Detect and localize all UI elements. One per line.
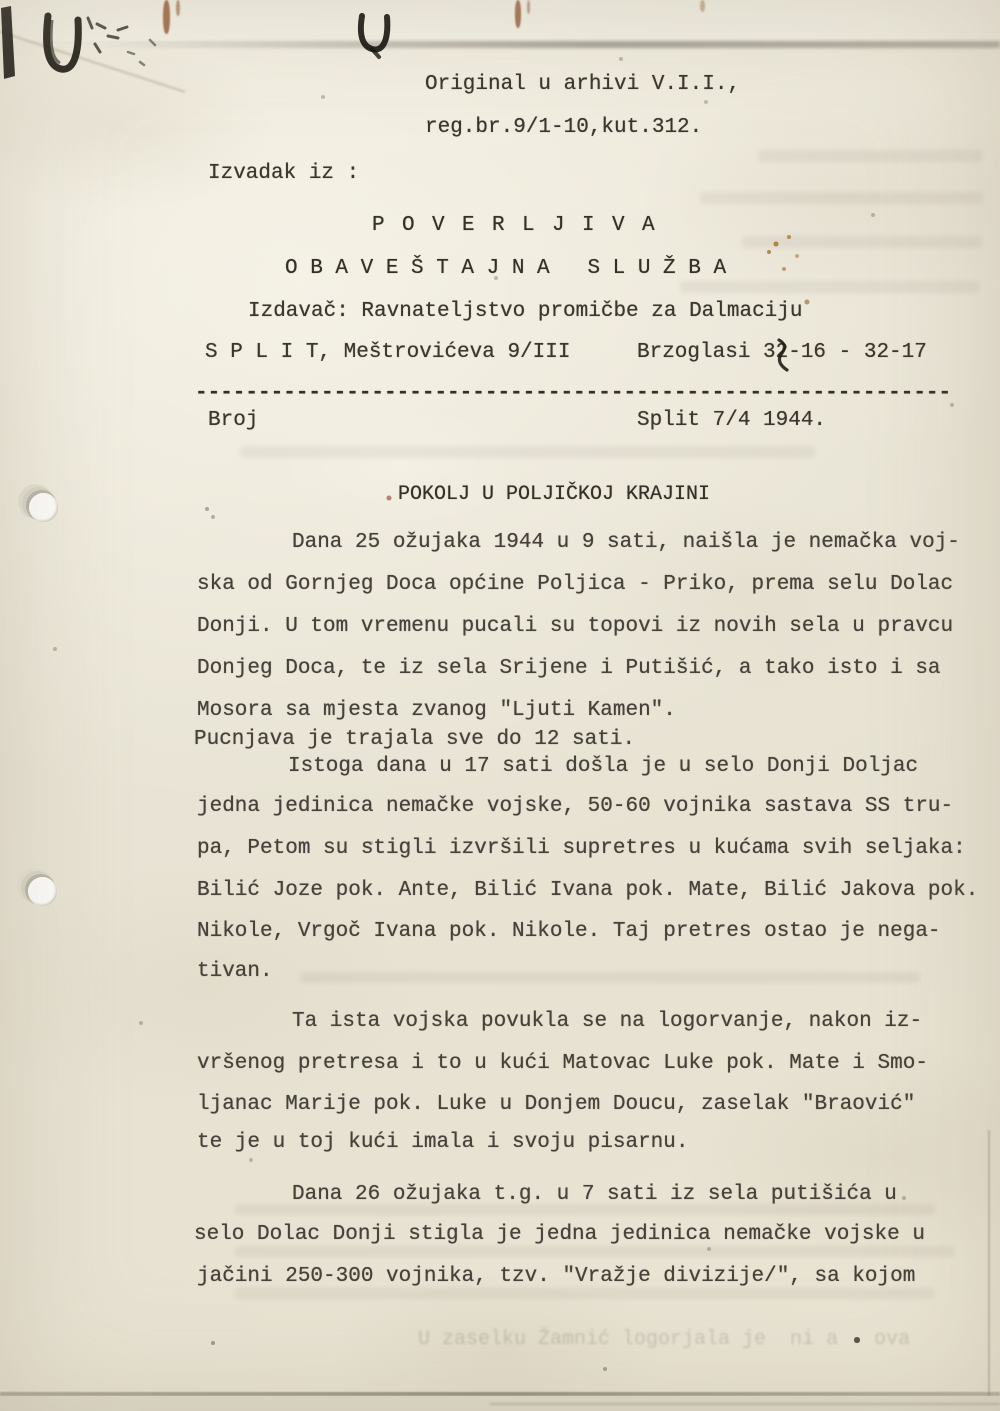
masthead-line2: O B A V E Š T A J N A S L U Ž B A: [285, 256, 726, 281]
rust-stain: [163, 0, 170, 34]
body-line: Pucnjava je trajala sve do 12 sati.: [194, 727, 635, 752]
body-line: tivan.: [197, 959, 273, 984]
rust-stain: [515, 0, 521, 28]
body-line: Ta ista vojska povukla se na logorvanje,…: [292, 1009, 922, 1034]
punch-hole-top: [29, 493, 58, 522]
body-line: Istoga dana u 17 sati došla je u selo Do…: [288, 754, 918, 779]
bleed-through-smudge: [235, 1288, 935, 1299]
archive-note-line1: Original u arhivi V.I.I.,: [425, 72, 740, 97]
bleed-through-smudge: [235, 1246, 955, 1257]
phones-line: Brzoglasi 32-16 - 32-17: [637, 340, 927, 365]
divider-line: ----------------------------------------…: [195, 381, 951, 406]
bleed-through-smudge: [742, 236, 982, 248]
number-label: Broj: [208, 408, 258, 433]
punch-hole-bottom: [28, 877, 57, 906]
publisher-line: Izdavač: Ravnateljstvo promičbe za Dalma…: [248, 299, 803, 324]
body-line: Dana 26 ožujaka t.g. u 7 sati iz sela pu…: [292, 1182, 897, 1207]
body-line: Nikole, Vrgoč Ivana pok. Nikole. Taj pre…: [197, 919, 941, 944]
article-title: POKOLJ U POLJIČKOJ KRAJINI: [398, 482, 710, 507]
bleed-through-smudge: [758, 150, 983, 162]
masthead-line1: P O V E R L J I V A: [372, 213, 657, 238]
bleed-through-smudge: [240, 446, 815, 458]
body-line: Donjeg Doca, te iz sela Srijene i Putiši…: [197, 656, 941, 681]
body-line: te je u toj kući imala i svoju pisarnu.: [197, 1130, 688, 1155]
rust-stain: [527, 0, 530, 14]
bleed-through-smudge: [700, 192, 983, 204]
body-line: Bilić Joze pok. Ante, Bilić Ivana pok. M…: [197, 878, 978, 903]
bottom-edge-crease: [490, 1403, 1000, 1405]
body-line: ska od Gornjeg Doca općine Poljica - Pri…: [197, 572, 953, 597]
body-line: Mosora sa mjesta zvanog "Ljuti Kamen".: [197, 698, 676, 723]
dateline: Split 7/4 1944.: [637, 408, 826, 433]
body-line: vršenog pretresa i to u kući Matovac Luk…: [197, 1051, 928, 1076]
right-page-edge: [988, 1130, 990, 1411]
ghost-text-line: U zaselku Žamnić logorjala je ni a ova: [418, 1328, 910, 1351]
body-line: ljanac Marije pok. Luke u Donjem Doucu, …: [197, 1092, 915, 1117]
ink-u-mark-2-tail: [372, 49, 379, 57]
bleed-through-smudge: [680, 281, 980, 293]
body-line: pa, Petom su stigli izvršili supretres u…: [197, 836, 966, 861]
body-line: Dana 25 ožujaka 1944 u 9 sati, naišla je…: [292, 530, 960, 555]
body-line: Donji. U tom vremenu pucali su topovi iz…: [197, 614, 953, 639]
top-fold-crease: [90, 41, 1000, 48]
bleed-through-smudge: [300, 972, 920, 983]
rust-stain: [700, 0, 705, 12]
archive-note-line2: reg.br.9/1-10,kut.312.: [425, 115, 702, 140]
scanned-document-page: Original u arhivi V.I.I., reg.br.9/1-10,…: [0, 0, 1000, 1411]
top-fold-strip: [0, 0, 1000, 41]
body-line: selo Dolac Donji stigla je jedna jedinic…: [194, 1222, 925, 1247]
excerpt-label: Izvadak iz :: [208, 161, 359, 186]
rust-stain: [176, 0, 180, 16]
body-line: jačini 250-300 vojnika, tzv. "Vražje div…: [197, 1264, 915, 1289]
body-line: jedna jedinica nemačke vojske, 50-60 voj…: [197, 794, 953, 819]
address-line: S P L I T, Meštrovićeva 9/III: [205, 340, 570, 365]
